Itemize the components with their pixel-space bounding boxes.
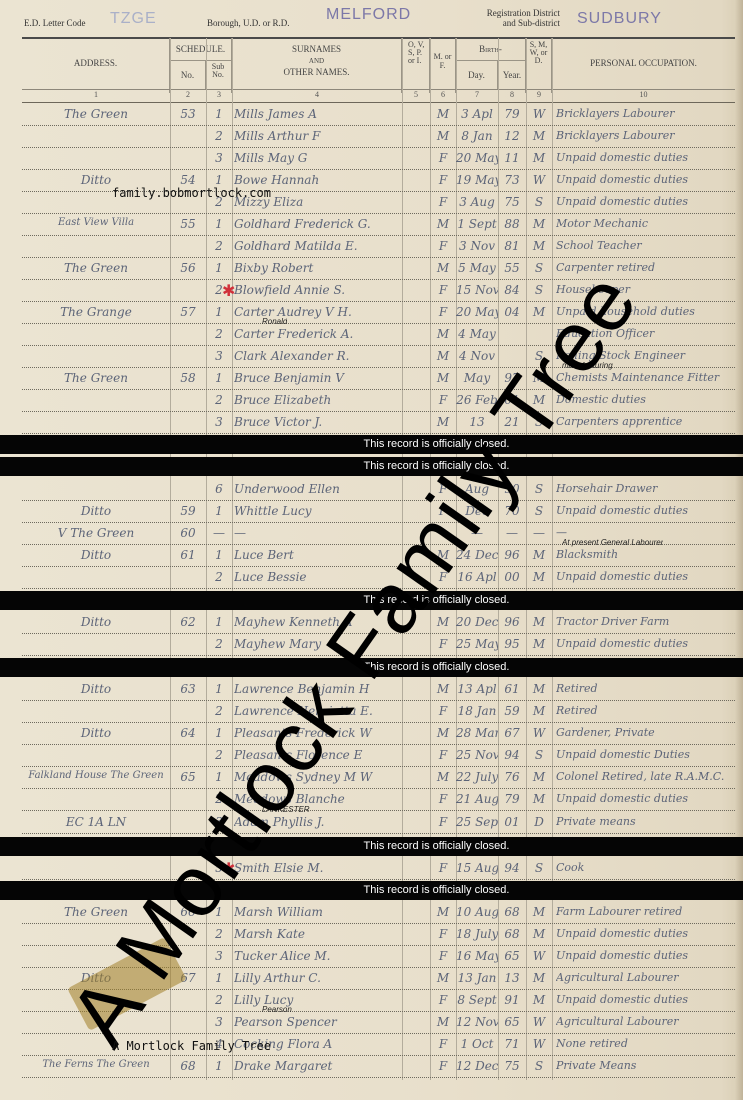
cell-sex: M [430, 371, 456, 385]
cell-status: M [526, 993, 552, 1007]
census-row: 2Mills Arthur FM8 Jan12MBricklayers Labo… [22, 125, 735, 148]
cell-occupation: School Teacher [556, 239, 734, 252]
cell-occupation: Tractor Driver Farm [556, 615, 734, 628]
cell-year: 55 [498, 261, 526, 275]
cell-status: M [526, 704, 552, 718]
cell-day: 21 Aug [456, 792, 498, 806]
cell-no: 57 [170, 305, 206, 319]
cell-sex: F [430, 283, 456, 297]
cell-status: S [526, 748, 552, 762]
col-sex: M. or F. [430, 38, 456, 93]
census-row: 5Smith Elsie M.F15 Aug94SCook✱ [22, 857, 735, 880]
column-number: 5 [402, 90, 430, 99]
col-address: ADDRESS. [22, 38, 170, 93]
cell-day: 13 Apl [456, 682, 498, 696]
page-edge-shadow [735, 0, 743, 1100]
column-number: 3 [206, 90, 232, 99]
cell-year: 04 [498, 305, 526, 319]
cell-sub: 1 [206, 261, 232, 275]
ed-letter-code-label: E.D. Letter Code [24, 18, 85, 28]
cell-status: M [526, 151, 552, 165]
cell-address: The Green [22, 261, 170, 275]
cell-status: W [526, 1015, 552, 1029]
cell-day: 20 Dec [456, 615, 498, 629]
cell-name: Mills James A [234, 107, 400, 121]
column-headers: ADDRESS. SCHEDULE. No. Sub No. SURNAMES … [22, 38, 735, 93]
cell-year: 65 [498, 1015, 526, 1029]
column-number: 1 [22, 90, 170, 99]
cell-day: 3 Aug [456, 195, 498, 209]
cell-address: Ditto [22, 504, 170, 518]
cell-year: 68 [498, 927, 526, 941]
cell-occupation: Retired [556, 682, 734, 695]
census-row: The Green561Bixby RobertM5 May55SCarpent… [22, 257, 735, 280]
col-birth: Birth- Day. Year. [456, 38, 526, 93]
cell-sub: 2 [206, 570, 232, 584]
cell-sub: 3 [206, 949, 232, 963]
annotation-note: Pearson [262, 1005, 292, 1014]
cell-address: The Ferns The Green [22, 1059, 170, 1070]
census-page: E.D. Letter Code TZGE Borough, U.D. or R… [0, 0, 743, 1100]
cell-sex: F [430, 927, 456, 941]
cell-sub: 1 [206, 107, 232, 121]
cell-occupation: Bricklayers Labourer [556, 107, 734, 120]
cell-sex: F [430, 704, 456, 718]
cell-occupation: Colonel Retired, late R.A.M.C. [556, 770, 734, 783]
cell-status: M [526, 548, 552, 562]
cell-day: 18 July [456, 927, 498, 941]
cell-sex: M [430, 1015, 456, 1029]
cell-status: M [526, 927, 552, 941]
column-number: 8 [498, 90, 526, 99]
cell-name: Carter Audrey V H. [234, 305, 400, 319]
cell-name: Whittle Lucy [234, 504, 400, 518]
census-row: 6Underwood EllenFAug90SHorsehair Drawer [22, 478, 735, 501]
cell-sub: 2 [206, 393, 232, 407]
cell-address: EC 1A LN [22, 815, 170, 829]
cell-sub: 2 [206, 704, 232, 718]
cell-occupation: Unpaid domestic duties [556, 151, 734, 164]
cell-status: M [526, 615, 552, 629]
cell-sex: F [430, 173, 456, 187]
cell-sex: M [430, 107, 456, 121]
cell-occupation: Unpaid domestic duties [556, 504, 734, 517]
cell-sub: 2 [206, 993, 232, 1007]
cell-sub: 3 [206, 1015, 232, 1029]
census-row: East View Villa551Goldhard Frederick G.M… [22, 213, 735, 236]
cell-sex: M [430, 971, 456, 985]
cell-sex: M [430, 415, 456, 429]
cell-year: 75 [498, 1059, 526, 1073]
cell-year: 65 [498, 949, 526, 963]
cell-day: 8 Jan [456, 129, 498, 143]
cell-sub: — [206, 526, 232, 540]
cell-year: 11 [498, 151, 526, 165]
column-number: 7 [456, 90, 498, 99]
column-numbers: 12345678910 [22, 89, 735, 103]
cell-name: Pearson Spencer [234, 1015, 400, 1029]
cell-name: Marsh William [234, 905, 400, 919]
cell-occupation: Cook [556, 861, 734, 874]
cell-sex: M [430, 129, 456, 143]
cell-sub: 1 [206, 971, 232, 985]
cell-status: D [526, 815, 552, 829]
cell-name: Bixby Robert [234, 261, 400, 275]
cell-no: 64 [170, 726, 206, 740]
cell-name: — [234, 526, 400, 540]
cell-sex: F [430, 1037, 456, 1051]
cell-address: Falkland House The Green [22, 770, 170, 781]
col-schedule: SCHEDULE. No. Sub No. [170, 38, 232, 93]
borough-value: MELFORD [326, 6, 411, 24]
cell-sub: 1 [206, 217, 232, 231]
col-names: SURNAMES AND OTHER NAMES. [232, 38, 402, 93]
cell-occupation: Unpaid domestic duties [556, 195, 734, 208]
cell-no: 53 [170, 107, 206, 121]
cell-year: 79 [498, 792, 526, 806]
cell-sex: F [430, 637, 456, 651]
cell-year: 76 [498, 770, 526, 784]
cell-occupation: None retired [556, 1037, 734, 1050]
cell-day: 12 Dec [456, 1059, 498, 1073]
cell-status: M [526, 905, 552, 919]
cell-sub: 1 [206, 615, 232, 629]
cell-name: Clark Alexander R. [234, 349, 400, 363]
cell-occupation: Agricultural Labourer [556, 1015, 734, 1028]
census-row: Ditto591Whittle LucyFDec70SUnpaid domest… [22, 500, 735, 523]
cell-occupation: Unpaid domestic duties [556, 637, 734, 650]
cell-status: W [526, 1037, 552, 1051]
cell-address: The Green [22, 107, 170, 121]
cell-no: 61 [170, 548, 206, 562]
reg-district-label-line2: and Sub-district [503, 18, 560, 28]
cell-status: M [526, 570, 552, 584]
cell-status: M [526, 792, 552, 806]
cell-day: 3 Nov [456, 239, 498, 253]
cell-occupation: Gardener, Private [556, 726, 734, 739]
cell-sex: M [430, 349, 456, 363]
cell-year: 01 [498, 815, 526, 829]
closed-record-bar: This record is officially closed. [0, 457, 743, 476]
cell-status: S [526, 1059, 552, 1073]
cell-no: 54 [170, 173, 206, 187]
cell-name: Bruce Benjamin V [234, 371, 400, 385]
cell-year: 59 [498, 704, 526, 718]
cell-day: 8 Sept [456, 993, 498, 1007]
cell-sex: F [430, 861, 456, 875]
cell-day: 4 May [456, 327, 498, 341]
cell-year: 79 [498, 107, 526, 121]
cell-occupation: Blacksmith [556, 548, 734, 561]
cell-name: Lilly Lucy [234, 993, 400, 1007]
cell-year: 84 [498, 283, 526, 297]
cell-status: W [526, 107, 552, 121]
cell-sub: 1 [206, 504, 232, 518]
cell-name: Drake Margaret [234, 1059, 400, 1073]
cell-name: Bowe Hannah [234, 173, 400, 187]
watermark-small: A Mortlock Family Tree [112, 1039, 271, 1053]
cell-status: M [526, 971, 552, 985]
cell-name: Marsh Kate [234, 927, 400, 941]
cell-sub: 1 [206, 305, 232, 319]
cell-status: M [526, 637, 552, 651]
cell-name: Bruce Elizabeth [234, 393, 400, 407]
census-row: 3Bruce Victor J.M1321SCarpenters apprent… [22, 411, 735, 434]
cell-sub: 3 [206, 349, 232, 363]
cell-address: Ditto [22, 615, 170, 629]
cell-occupation: Unpaid domestic duties [556, 570, 734, 583]
cell-occupation: Farm Labourer retired [556, 905, 734, 918]
cell-name: Bruce Victor J. [234, 415, 400, 429]
cell-day: 15 Aug [456, 861, 498, 875]
cell-day: 19 May [456, 173, 498, 187]
cell-status: S [526, 261, 552, 275]
cell-day: 13 Jan [456, 971, 498, 985]
cell-name: Underwood Ellen [234, 482, 400, 496]
cell-year: 12 [498, 129, 526, 143]
closed-record-bar: This record is officially closed. [0, 837, 743, 856]
cell-day: 25 Sept [456, 815, 498, 829]
cell-year: 96 [498, 548, 526, 562]
column-number: 10 [552, 90, 735, 99]
cell-no: 58 [170, 371, 206, 385]
cell-day: 25 Nov [456, 748, 498, 762]
cell-sex: F [430, 151, 456, 165]
cell-day: 3 Apl [456, 107, 498, 121]
cell-name: Blowfield Annie S. [234, 283, 400, 297]
column-number: 6 [430, 90, 456, 99]
cell-occupation: Unpaid domestic duties [556, 993, 734, 1006]
cell-day: 1 Sept [456, 217, 498, 231]
cell-no: 68 [170, 1059, 206, 1073]
cell-occupation: Unpaid domestic duties [556, 792, 734, 805]
cell-day: 22 July [456, 770, 498, 784]
col-schedule-no: No. [170, 61, 206, 89]
census-row: The Green531Mills James AM3 Apl79WBrickl… [22, 103, 735, 126]
annotation-note: Ronald [262, 317, 287, 326]
cell-year: 81 [498, 239, 526, 253]
cell-sex: F [430, 305, 456, 319]
cell-no: 56 [170, 261, 206, 275]
cell-name: Mills May G [234, 151, 400, 165]
census-row: The Green581Bruce Benjamin VMMay97MChemi… [22, 367, 735, 390]
cell-sub: 1 [206, 726, 232, 740]
cell-status: M [526, 682, 552, 696]
cell-sex: F [430, 393, 456, 407]
cell-year: 68 [498, 905, 526, 919]
annotation-note: At present General Labourer [562, 538, 663, 547]
census-row: EC 1A LN3Adam Phyllis J.F25 Sept01DPriva… [22, 811, 735, 834]
cell-day: 18 Jan [456, 704, 498, 718]
col-birth-day: Day. [456, 61, 498, 89]
cell-year: 73 [498, 173, 526, 187]
cell-day: 16 May [456, 949, 498, 963]
cell-name: Mills Arthur F [234, 129, 400, 143]
cell-year: 95 [498, 637, 526, 651]
column-number: 9 [526, 90, 552, 99]
cell-address: Ditto [22, 726, 170, 740]
cell-year: 94 [498, 748, 526, 762]
closed-record-text: This record is officially closed. [364, 840, 510, 852]
cell-sub: 1 [206, 1059, 232, 1073]
header-line: E.D. Letter Code TZGE Borough, U.D. or R… [24, 10, 733, 34]
cell-status: S [526, 195, 552, 209]
cell-sub: 6 [206, 482, 232, 496]
cell-day: 10 Aug [456, 905, 498, 919]
cell-status: S [526, 861, 552, 875]
watermark-url: family.bobmortlock.com [112, 186, 271, 200]
cell-address: Ditto [22, 548, 170, 562]
census-row: Ditto641Pleasants Frederick WM28 March67… [22, 722, 735, 745]
cell-sex: M [430, 261, 456, 275]
cell-sex: M [430, 905, 456, 919]
cell-sub: 2 [206, 239, 232, 253]
cell-no: 65 [170, 770, 206, 784]
cell-occupation: Motor Mechanic [556, 217, 734, 230]
cell-occupation: Carpenters apprentice [556, 415, 734, 428]
cell-sex: F [430, 1059, 456, 1073]
cell-day: 15 Nov [456, 283, 498, 297]
cell-address: Ditto [22, 682, 170, 696]
cell-sub: 1 [206, 682, 232, 696]
cell-day: 4 Nov [456, 349, 498, 363]
census-row: 2Meadows BlancheF21 Aug79MUnpaid domesti… [22, 788, 735, 811]
cell-sex: M [430, 726, 456, 740]
cell-name: Lilly Arthur C. [234, 971, 400, 985]
cell-sex: F [430, 993, 456, 1007]
cell-address: East View Villa [22, 217, 170, 228]
cell-day: 5 May [456, 261, 498, 275]
cell-occupation: Unpaid domestic duties [556, 927, 734, 940]
reg-district-label-line1: Registration District [487, 8, 560, 18]
cell-day: 28 March [456, 726, 498, 740]
cell-occupation: Private Means [556, 1059, 734, 1072]
cell-sex: F [430, 949, 456, 963]
cell-name: Carter Frederick A. [234, 327, 400, 341]
cell-status: M [526, 239, 552, 253]
cell-sub: 2 [206, 327, 232, 341]
cell-occupation: Retired [556, 704, 734, 717]
closed-record-bar: This record is officially closed. [0, 881, 743, 900]
cell-status: M [526, 770, 552, 784]
census-row: Falkland House The Green651Meadows Sydne… [22, 766, 735, 789]
cell-year: 75 [498, 195, 526, 209]
cell-year: 13 [498, 971, 526, 985]
census-row: 3Mills May GF20 May11MUnpaid domestic du… [22, 147, 735, 170]
col-names-line1: SURNAMES [232, 42, 401, 57]
cell-occupation: Private means [556, 815, 734, 828]
cell-day: 20 May [456, 305, 498, 319]
col-status: S, M, W, or D. [526, 38, 552, 93]
cell-status: S [526, 504, 552, 518]
cell-year: 96 [498, 615, 526, 629]
cell-sex: F [430, 748, 456, 762]
cell-status: W [526, 173, 552, 187]
cell-no: 63 [170, 682, 206, 696]
borough-label: Borough, U.D. or R.D. [207, 18, 290, 28]
cell-year: 71 [498, 1037, 526, 1051]
cell-day: 12 Nov [456, 1015, 498, 1029]
col-birth-title: Birth- [456, 38, 525, 61]
red-asterisk-icon: ✱ [222, 281, 235, 300]
cell-occupation: Bricklayers Labourer [556, 129, 734, 142]
cell-occupation: Unpaid domestic Duties [556, 748, 734, 761]
cell-sub: 1 [206, 548, 232, 562]
cell-sex: M [430, 770, 456, 784]
cell-status: W [526, 949, 552, 963]
ed-letter-code-value: TZGE [110, 10, 157, 28]
cell-name: Goldhard Matilda E. [234, 239, 400, 253]
cell-status: — [526, 526, 552, 540]
reg-district-label: Registration District and Sub-district [468, 8, 560, 28]
census-row: 2Goldhard Matilda E.F3 Nov81MSchool Teac… [22, 235, 735, 258]
cell-sub: 2 [206, 637, 232, 651]
census-row: 2Pleasants Florence EF25 Nov94SUnpaid do… [22, 744, 735, 767]
cell-sub: 3 [206, 415, 232, 429]
closed-record-text: This record is officially closed. [364, 884, 510, 896]
cell-year: 88 [498, 217, 526, 231]
cell-year: 00 [498, 570, 526, 584]
cell-name: Goldhard Frederick G. [234, 217, 400, 231]
cell-day: 1 Oct [456, 1037, 498, 1051]
cell-address: V The Green [22, 526, 170, 540]
cell-sex: M [430, 217, 456, 231]
cell-address: The Grange [22, 305, 170, 319]
cell-sub: 3 [206, 151, 232, 165]
cell-address: The Green [22, 371, 170, 385]
cell-status: M [526, 129, 552, 143]
cell-status: M [526, 217, 552, 231]
cell-name: Tucker Alice M. [234, 949, 400, 963]
cell-sex: F [430, 195, 456, 209]
cell-sub: 1 [206, 371, 232, 385]
column-number: 2 [170, 90, 206, 99]
cell-year: 61 [498, 682, 526, 696]
cell-occupation: Unpaid domestic duties [556, 173, 734, 186]
cell-status: W [526, 726, 552, 740]
cell-day: 25 May [456, 637, 498, 651]
col-names-line3: OTHER NAMES. [232, 65, 401, 80]
column-number: 4 [232, 90, 402, 99]
col-occupation: PERSONAL OCCUPATION. [552, 38, 735, 93]
cell-sex: F [430, 239, 456, 253]
cell-no: 55 [170, 217, 206, 231]
cell-occupation: Horsehair Drawer [556, 482, 734, 495]
cell-year: 67 [498, 726, 526, 740]
cell-year: 91 [498, 993, 526, 1007]
cell-sex: M [430, 327, 456, 341]
cell-occupation: Unpaid domestic duties [556, 949, 734, 962]
reg-district-value: SUDBURY [577, 10, 662, 28]
cell-no: 59 [170, 504, 206, 518]
cell-year: 94 [498, 861, 526, 875]
col-ovspl: O, V, S, P. or I. [402, 38, 430, 93]
cell-sub: 1 [206, 173, 232, 187]
cell-no: 62 [170, 615, 206, 629]
cell-sex: F [430, 792, 456, 806]
closed-record-bar: This record is officially closed. [0, 435, 743, 454]
col-birth-year: Year. [498, 70, 526, 80]
cell-day: 20 May [456, 151, 498, 165]
col-names-line2: AND [232, 57, 401, 65]
col-schedule-title: SCHEDULE. [170, 38, 231, 61]
cell-occupation: Agricultural Labourer [556, 971, 734, 984]
col-schedule-sub: Sub No. [206, 63, 230, 79]
cell-no: 60 [170, 526, 206, 540]
cell-address: Ditto [22, 173, 170, 187]
census-row: 2Bruce ElizabethF26 Feb01MDomestic dutie… [22, 389, 735, 412]
cell-sub: 2 [206, 129, 232, 143]
